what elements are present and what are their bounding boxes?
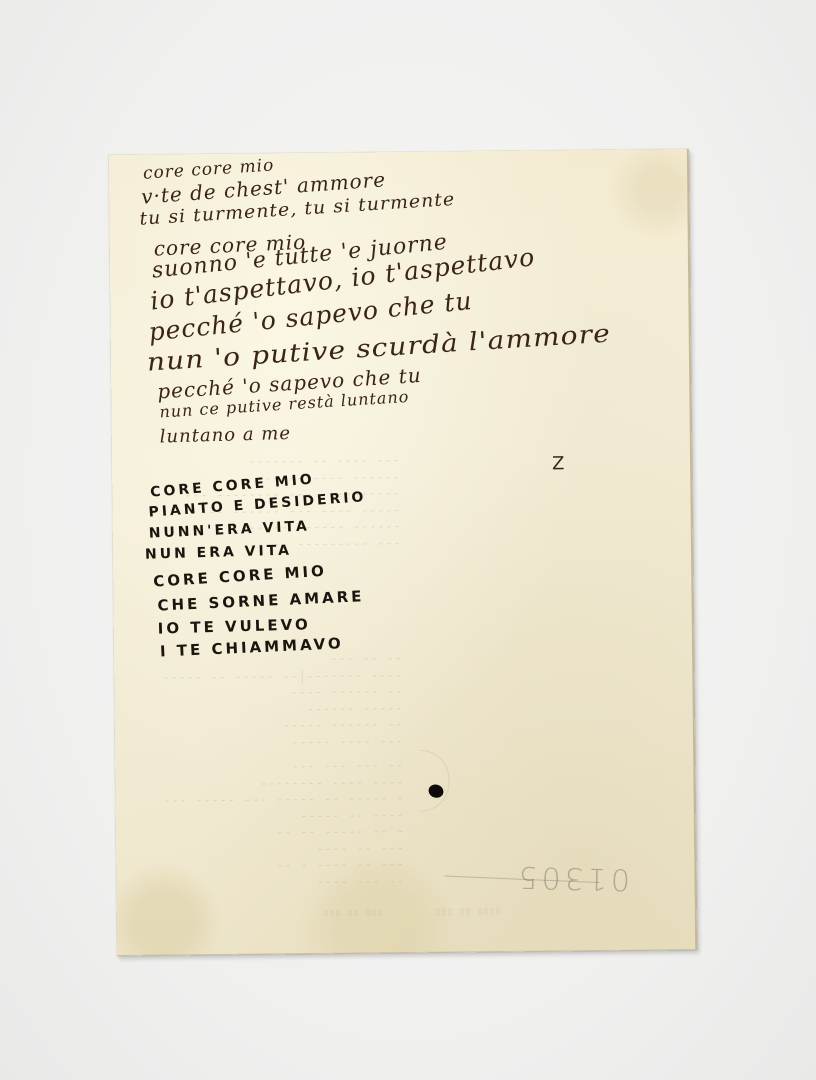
faint-stamp-left: ▯▯▯ ▯▯ ▯▯▯ [323, 907, 383, 919]
caps-line-7: IO TE VULEVO [158, 615, 311, 637]
archive-number: 01305 [514, 859, 630, 897]
section-divider-mark: Z [552, 453, 565, 474]
caps-line-5: CORE CORE MIO [153, 562, 328, 591]
caps-line-6: CHE SORNE AMARE [157, 587, 365, 614]
reverse-typing-block-2: -- -- --- ---- -------|-- ----- -- -----… [161, 650, 403, 752]
cursive-line-11: luntano a me [159, 423, 291, 448]
caps-line-4: NUN ERA VITA [145, 543, 292, 563]
faint-stamp-right: ▯▯▯▯ ▯▯ ▯▯▯ [435, 906, 501, 918]
faint-pencil-arc [420, 750, 450, 812]
manuscript-sheet: --- ---- -- ------- ------ ----------- -… [109, 149, 697, 956]
reverse-typing-block-3: -- --- --- --- ---- ---- -------- - ----… [162, 757, 404, 892]
